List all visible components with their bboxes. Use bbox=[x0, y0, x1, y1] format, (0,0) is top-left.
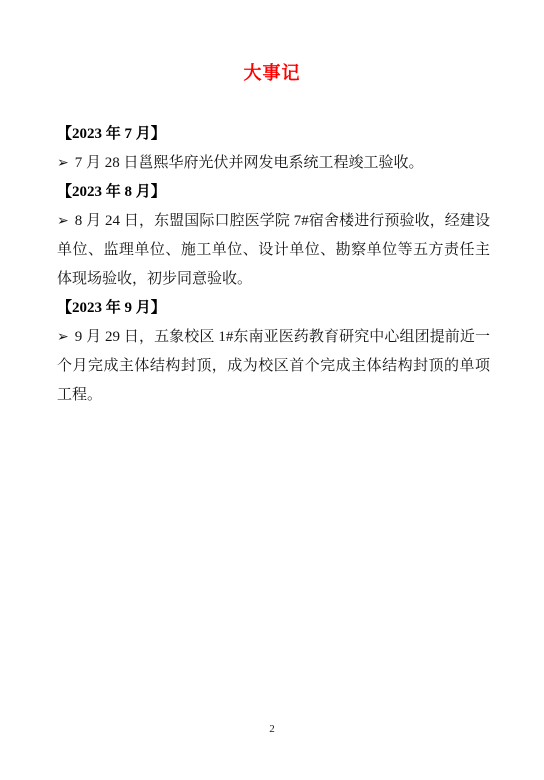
section-heading: 【2023 年 8 月】 bbox=[57, 178, 490, 207]
section-heading: 【2023 年 9 月】 bbox=[57, 294, 490, 323]
event-item-text: 8 月 24 日，东盟国际口腔医学院 7#宿舍楼进行预验收，经建设单位、监理单位… bbox=[57, 213, 490, 287]
section-2023-08: 【2023 年 8 月】 ➢8 月 24 日，东盟国际口腔医学院 7#宿舍楼进行… bbox=[57, 178, 490, 294]
document-body: 【2023 年 7 月】 ➢7 月 28 日邕熙华府光伏并网发电系统工程竣工验收… bbox=[57, 120, 490, 410]
section-heading: 【2023 年 7 月】 bbox=[57, 120, 490, 149]
section-2023-09: 【2023 年 9 月】 ➢9 月 29 日，五象校区 1#东南亚医药教育研究中… bbox=[57, 294, 490, 410]
section-2023-07: 【2023 年 7 月】 ➢7 月 28 日邕熙华府光伏并网发电系统工程竣工验收… bbox=[57, 120, 490, 178]
arrow-bullet-icon: ➢ bbox=[57, 323, 69, 352]
event-item: ➢7 月 28 日邕熙华府光伏并网发电系统工程竣工验收。 bbox=[57, 149, 490, 178]
event-item: ➢8 月 24 日，东盟国际口腔医学院 7#宿舍楼进行预验收，经建设单位、监理单… bbox=[57, 207, 490, 294]
event-item-text: 7 月 28 日邕熙华府光伏并网发电系统工程竣工验收。 bbox=[75, 155, 424, 171]
event-item: ➢9 月 29 日，五象校区 1#东南亚医药教育研究中心组团提前近一个月完成主体… bbox=[57, 323, 490, 410]
document-title: 大事记 bbox=[0, 63, 544, 84]
arrow-bullet-icon: ➢ bbox=[57, 149, 69, 178]
document-page: 大事记 【2023 年 7 月】 ➢7 月 28 日邕熙华府光伏并网发电系统工程… bbox=[0, 0, 544, 780]
event-item-text: 9 月 29 日，五象校区 1#东南亚医药教育研究中心组团提前近一个月完成主体结… bbox=[57, 329, 490, 403]
arrow-bullet-icon: ➢ bbox=[57, 207, 69, 236]
page-number: 2 bbox=[0, 723, 544, 735]
